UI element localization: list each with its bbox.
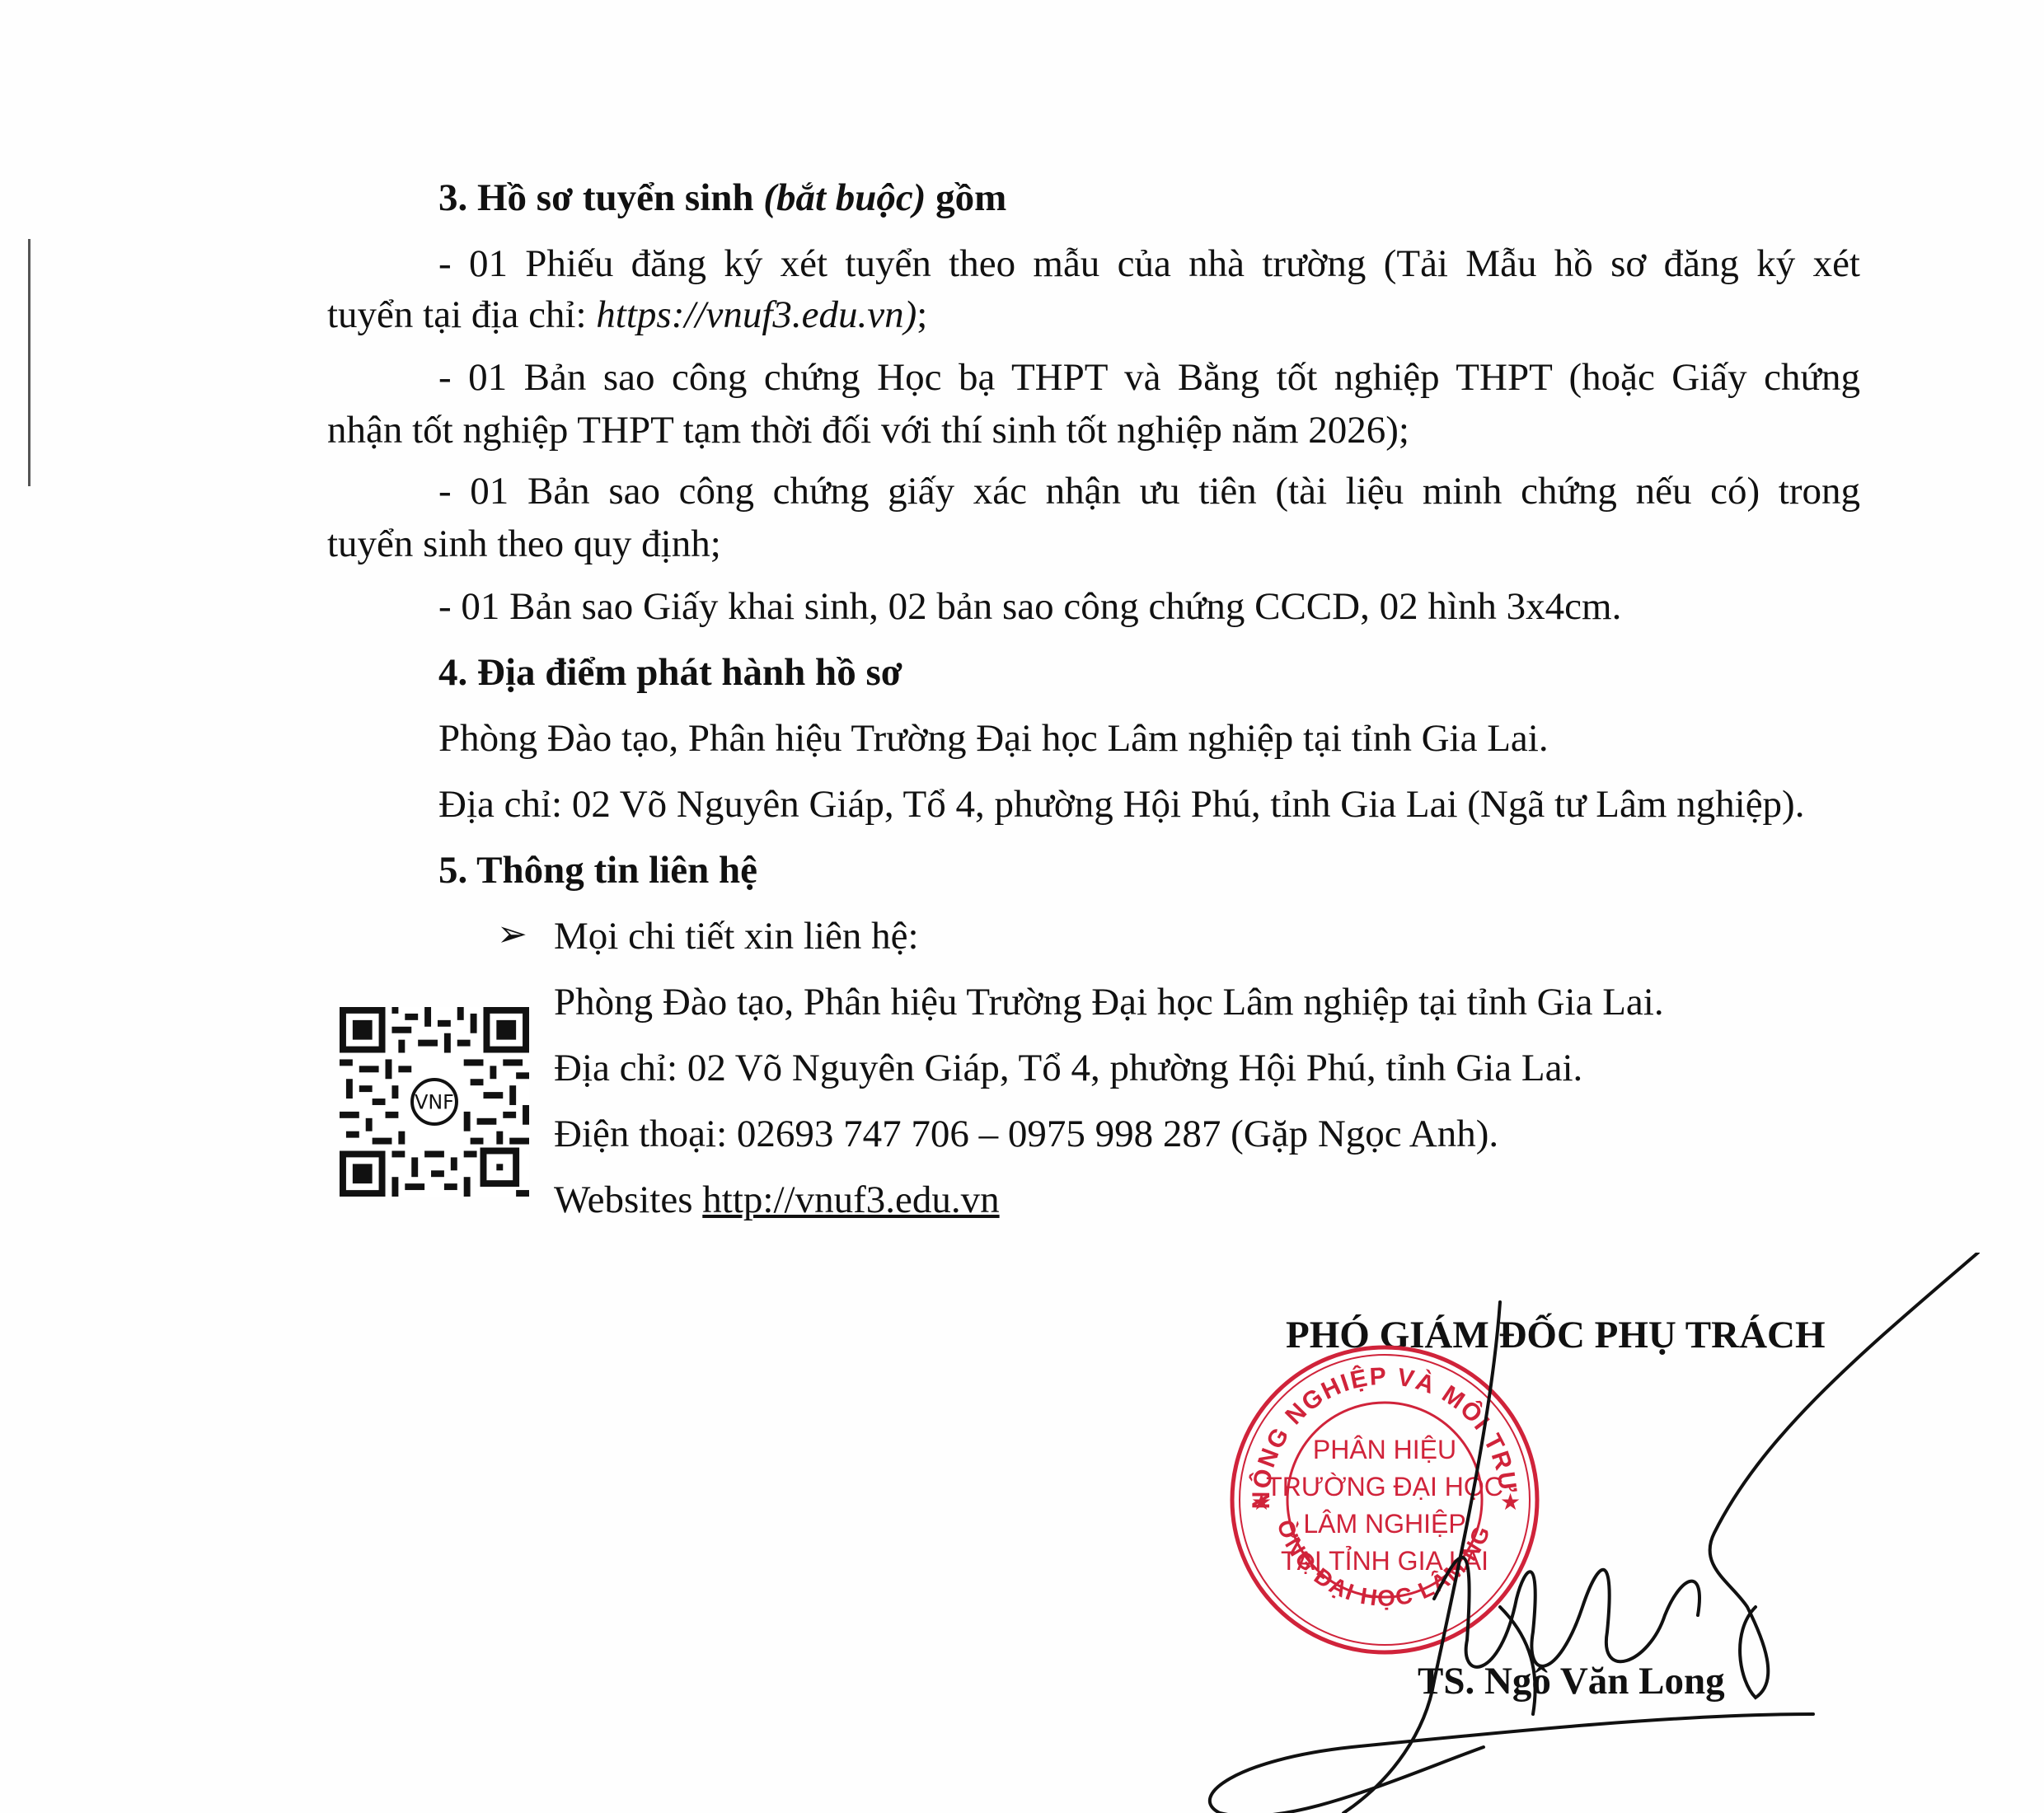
item-1-suffix: ; bbox=[917, 293, 927, 336]
section3-heading: 3. Hồ sơ tuyển sinh (bắt buộc) gồm bbox=[438, 173, 1006, 223]
scan-margin-line bbox=[28, 239, 30, 486]
item-1-prefix: tuyển tại địa chỉ: bbox=[327, 293, 596, 336]
qr-code-icon[interactable]: VNF bbox=[336, 1007, 532, 1197]
item-2-line1: - 01 Bản sao công chứng Học bạ THPT và B… bbox=[438, 353, 1860, 402]
item-3-line2: tuyển sinh theo quy định; bbox=[327, 519, 721, 569]
website-link[interactable]: http://vnuf3.edu.vn bbox=[702, 1178, 999, 1221]
contact-intro: Mọi chi tiết xin liên hệ: bbox=[554, 911, 919, 961]
section4-address: Địa chỉ: 02 Võ Nguyên Giáp, Tổ 4, phường… bbox=[438, 780, 1804, 829]
item-1-line1: - 01 Phiếu đăng ký xét tuyển theo mẫu củ… bbox=[438, 239, 1860, 288]
section5-heading: 5. Thông tin liên hệ bbox=[438, 846, 757, 895]
item-4-line1: - 01 Bản sao Giấy khai sinh, 02 bản sao … bbox=[438, 582, 1621, 631]
item-2-line2: nhận tốt nghiệp THPT tạm thời đối với th… bbox=[327, 405, 1409, 455]
document-page: 3. Hồ sơ tuyển sinh (bắt buộc) gồm - 01 … bbox=[0, 0, 2044, 1813]
download-url[interactable]: https://vnuf3.edu.vn) bbox=[596, 293, 917, 336]
heading-text: 3. Hồ sơ tuyển sinh bbox=[438, 176, 763, 219]
item-1-line2: tuyển tại địa chỉ: https://vnuf3.edu.vn)… bbox=[327, 290, 927, 340]
contact-address: Địa chỉ: 02 Võ Nguyên Giáp, Tổ 4, phường… bbox=[554, 1043, 1582, 1093]
arrow-bullet-icon: ➢ bbox=[497, 913, 527, 955]
contact-office: Phòng Đào tạo, Phân hiệu Trường Đại học … bbox=[554, 977, 1664, 1027]
section4-heading: 4. Địa điểm phát hành hồ sơ bbox=[438, 648, 902, 697]
contact-website: Websites http://vnuf3.edu.vn bbox=[554, 1175, 1000, 1225]
heading-italic: (bắt buộc) bbox=[763, 176, 926, 219]
heading-suffix: gồm bbox=[926, 176, 1006, 219]
handwritten-signature-icon bbox=[1187, 1253, 2011, 1813]
contact-phone: Điện thoại: 02693 747 706 – 0975 998 287… bbox=[554, 1109, 1498, 1159]
svg-text:VNF: VNF bbox=[415, 1091, 454, 1114]
item-3-line1: - 01 Bản sao công chứng giấy xác nhận ưu… bbox=[438, 466, 1860, 516]
website-label: Websites bbox=[554, 1178, 702, 1221]
section4-office: Phòng Đào tạo, Phân hiệu Trường Đại học … bbox=[438, 714, 1549, 763]
signer-name: TS. Ngô Văn Long bbox=[1418, 1656, 1725, 1706]
